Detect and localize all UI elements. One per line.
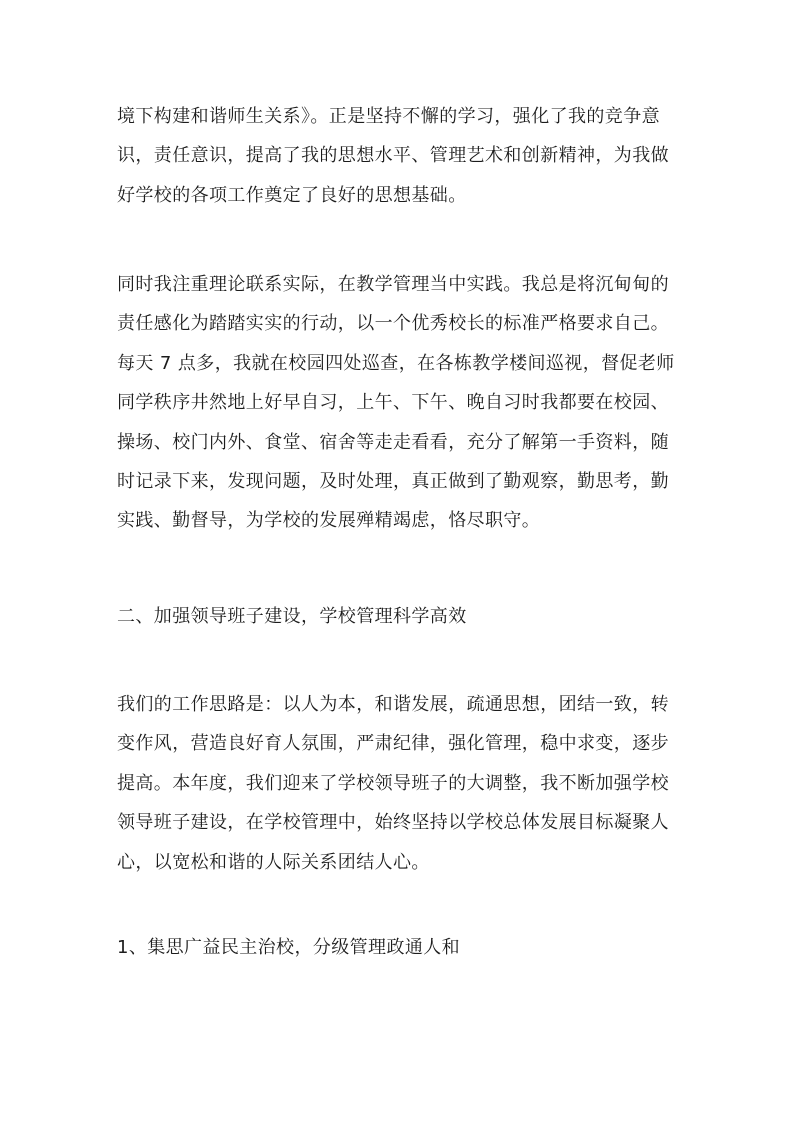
text-line: 时记录下来，发现问题，及时处理，真正做到了勤观察，勤思考，勤: [117, 462, 677, 501]
text-line: 每天 7 点多，我就在校园四处巡查，在各栋教学楼间巡视，督促老师: [117, 344, 677, 383]
text-line: 提高。本年度，我们迎来了学校领导班子的大调整，我不断加强学校: [117, 764, 677, 803]
text-line: 境下构建和谐师生关系》。正是坚持不懈的学习，强化了我的竞争意: [117, 97, 677, 136]
heading-line: 二、加强领导班子建设，学校管理科学高效: [117, 597, 677, 636]
document-page: 境下构建和谐师生关系》。正是坚持不懈的学习，强化了我的竞争意 识，责任意识，提高…: [0, 0, 793, 1122]
text-line: 同学秩序井然地上好早自习，上午、下午、晚自习时我都要在校园、: [117, 383, 677, 422]
text-line: 领导班子建设，在学校管理中，始终坚持以学校总体发展目标凝聚人: [117, 803, 677, 842]
paragraph-study-summary: 境下构建和谐师生关系》。正是坚持不懈的学习，强化了我的竞争意 识，责任意识，提高…: [117, 97, 677, 215]
text-line: 变作风，营造良好育人氛围，严肃纪律，强化管理，稳中求变，逐步: [117, 724, 677, 763]
text-line: 我们的工作思路是：以人为本，和谐发展，疏通思想，团结一致，转: [117, 685, 677, 724]
section-heading-leadership: 二、加强领导班子建设，学校管理科学高效: [117, 597, 677, 636]
text-line: 心，以宽松和谐的人际关系团结人心。: [117, 843, 677, 882]
text-line: 操场、校门内外、食堂、宿舍等走走看看，充分了解第一手资料，随: [117, 423, 677, 462]
subheading-item-1: 1、集思广益民主治校，分级管理政通人和: [117, 928, 677, 967]
paragraph-practice: 同时我注重理论联系实际，在教学管理当中实践。我总是将沉甸甸的 责任感化为踏踏实实…: [117, 265, 677, 541]
subheading-line: 1、集思广益民主治校，分级管理政通人和: [117, 928, 677, 967]
text-line: 责任感化为踏踏实实的行动，以一个优秀校长的标准严格要求自己。: [117, 304, 677, 343]
text-line: 实践、勤督导，为学校的发展殚精竭虑，恪尽职守。: [117, 501, 677, 540]
paragraph-work-approach: 我们的工作思路是：以人为本，和谐发展，疏通思想，团结一致，转 变作风，营造良好育…: [117, 685, 677, 882]
text-line: 识，责任意识，提高了我的思想水平、管理艺术和创新精神，为我做: [117, 136, 677, 175]
text-line: 同时我注重理论联系实际，在教学管理当中实践。我总是将沉甸甸的: [117, 265, 677, 304]
text-line: 好学校的各项工作奠定了良好的思想基础。: [117, 176, 677, 215]
